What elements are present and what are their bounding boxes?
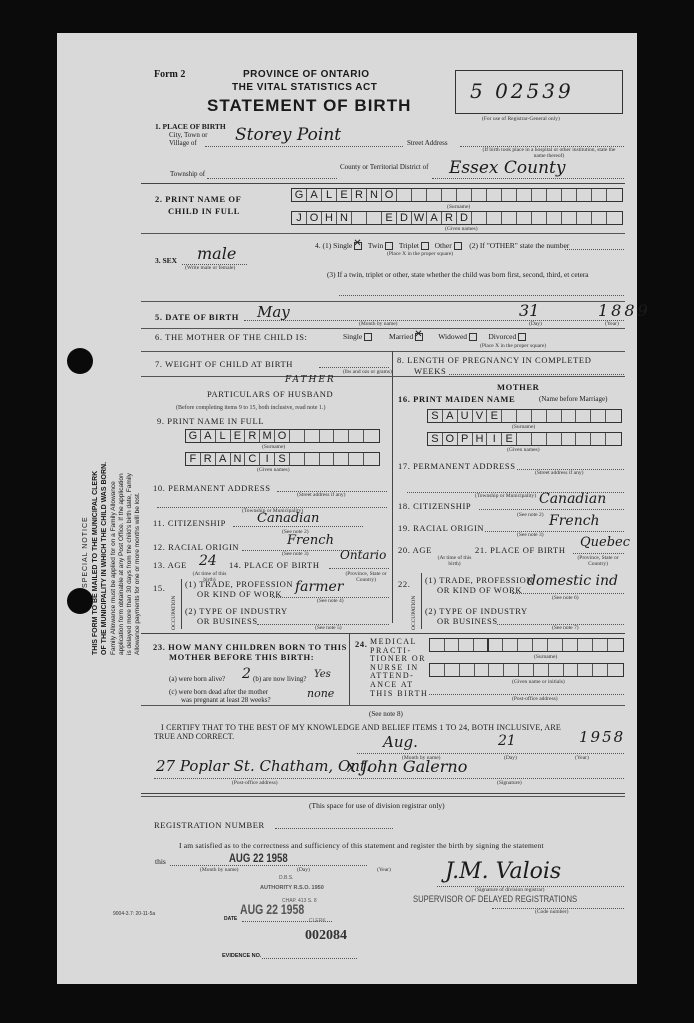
mother-heading: MOTHER <box>497 382 539 392</box>
father-racial-value: French <box>287 533 334 548</box>
mother-pob-hint: (Province, State or Country) <box>573 555 623 567</box>
mother-age-hint: (At time of this birth) <box>432 555 477 567</box>
informant-address-value: 27 Poplar St. Chatham, Ont. <box>156 757 371 775</box>
mother-note3: (See note 3) <box>517 532 544 538</box>
status-single-checkbox[interactable] <box>364 333 372 341</box>
medical-given-grid[interactable] <box>429 663 624 677</box>
mother-status-options: Single Married Widowed Divorced <box>343 332 526 341</box>
medical-label: MEDICALPRACTI-TIONER ORNURSE INATTEND-AN… <box>370 638 428 698</box>
father-occupation-number: 15. <box>153 583 165 593</box>
mother-citizenship-value: Canadian <box>539 491 606 507</box>
status-hint: (Place X in the proper square) <box>480 343 546 349</box>
father-surname-hint: (Surname) <box>262 444 285 450</box>
mother-township-hint: (Township or Municipality) <box>475 493 536 499</box>
father-name-label: 9. PRINT NAME IN FULL <box>157 416 264 426</box>
registrar-note: (For use of Registrar-General only) <box>482 116 560 122</box>
medical-number: 24. <box>355 639 367 649</box>
informant-address-hint: (Post-office address) <box>232 780 278 786</box>
dob-year-value: 1889 <box>598 301 651 320</box>
special-notice-line: Allowance payments for one or more month… <box>134 492 141 655</box>
other-checkbox[interactable] <box>454 242 462 250</box>
status-single-label: Single <box>343 332 362 341</box>
pregnancy-label: 8. LENGTH OF PREGNANCY IN COMPLETED <box>397 355 591 365</box>
mother-trade-value: domestic ind <box>527 573 618 589</box>
mother-occupation-number: 22. <box>398 579 410 589</box>
mother-given-grid[interactable]: SOPHIE <box>427 432 622 446</box>
mother-surname-hint: (Surname) <box>512 424 535 430</box>
father-surname-grid[interactable]: GALERMO <box>185 429 380 443</box>
sex-hint: (Write male or female) <box>185 265 235 271</box>
mother-status-label: 6. THE MOTHER OF THE CHILD IS: <box>155 332 308 342</box>
page-title: STATEMENT OF BIRTH <box>207 96 411 116</box>
certify-day-hint: (Day) <box>504 755 517 761</box>
sex-value: male <box>197 244 236 263</box>
registrar-number-box: 5 02539 <box>455 70 623 114</box>
date-stamp: AUG 22 1958 <box>240 901 304 917</box>
print-code: 9004-3.7: 20-11-5a <box>113 911 155 917</box>
other-number-label: (2) If "OTHER" state the number <box>469 241 569 250</box>
special-notice-line: application form obtainable at any Post … <box>118 473 125 655</box>
mother-name-label: 16. PRINT MAIDEN NAME <box>398 394 515 404</box>
single-label: 4. (1) Single <box>315 241 352 250</box>
mother-industry-label-2: OR BUSINESS <box>437 616 498 626</box>
father-address-hint: (Street address if any) <box>297 492 345 498</box>
plurality-hint: (Place X in the proper square) <box>387 251 453 257</box>
supervisor-title-stamp: SUPERVISOR OF DELAYED REGISTRATIONS <box>413 894 577 904</box>
child-surname-grid[interactable]: GALERNO <box>291 188 623 202</box>
this-label: this <box>155 857 166 866</box>
mother-trade-label-2: OR KIND OF WORK <box>437 585 522 595</box>
father-industry-label: (2) TYPE OF INDUSTRY <box>185 606 288 616</box>
triplet-checkbox[interactable] <box>421 242 429 250</box>
father-citizenship-label: 11. CITIZENSHIP <box>153 518 226 528</box>
mother-name-note: (Name before Marriage) <box>539 395 607 403</box>
medical-surname-hint: (Surname) <box>534 654 557 660</box>
triplet-label: Triplet <box>399 241 419 250</box>
county-label: County or Territorial District of <box>340 163 435 171</box>
twin-label: Twin <box>368 241 383 250</box>
now-living-value: Yes <box>314 669 331 680</box>
single-checkbox[interactable] <box>354 242 362 250</box>
sex-label: 3. SEX <box>155 256 177 265</box>
plurality-row: 4. (1) Single Twin Triplet Other (2) If … <box>315 241 569 250</box>
status-divorced-label: Divorced <box>488 332 516 341</box>
satisfied-text: I am satisfied as to the correctness and… <box>179 841 544 850</box>
given-names-hint: (Given names) <box>445 226 478 232</box>
day-hint: (Day) <box>529 321 542 327</box>
born-dead-label-2: was pregnant at least 28 weeks? <box>181 696 271 704</box>
special-notice-line: THIS FORM TO BE MAILED TO THE MUNICIPAL … <box>92 471 99 655</box>
mother-pob-value: Quebec <box>580 535 630 550</box>
city-value: Storey Point <box>235 125 341 145</box>
date-of-birth-label: 5. DATE OF BIRTH <box>155 312 239 322</box>
dob-day-value: 31 <box>519 301 539 320</box>
certify-month-value: Aug. <box>383 733 418 751</box>
father-given-hint: (Given names) <box>257 467 290 473</box>
reg-month-hint: (Month by name) <box>200 867 239 873</box>
surname-hint: (Surname) <box>447 204 470 210</box>
form-number: Form 2 <box>154 69 185 80</box>
born-dead-value: none <box>307 687 334 700</box>
father-heading: PARTICULARS OF HUSBAND <box>207 389 333 399</box>
authority-stamp: AUTHORITY R.S.O. 1950 <box>260 885 324 891</box>
registrar-signature[interactable]: J.M. Valois <box>445 859 561 884</box>
status-married-label: Married <box>389 332 413 341</box>
father-note3: (See note 3) <box>282 551 309 557</box>
mother-note7: (See note 7) <box>552 625 579 631</box>
mother-note2: (See note 2) <box>517 512 544 518</box>
father-industry-label-2: OR BUSINESS <box>197 616 258 626</box>
certify-text: I CERTIFY THAT TO THE BEST OF MY KNOWLED… <box>161 723 561 732</box>
reg-day-hint: (Day) <box>297 867 310 873</box>
special-notice-line: Family Allowance must be applied for on … <box>110 481 117 655</box>
county-value: Essex County <box>449 158 566 178</box>
twin-checkbox[interactable] <box>385 242 393 250</box>
certify-year-hint: (Year) <box>575 755 589 761</box>
father-age-value: 24 <box>199 553 217 569</box>
dbs-stamp: D.B.S. <box>279 875 293 881</box>
father-racial-label: 12. RACIAL ORIGIN <box>153 542 239 552</box>
mother-racial-value: French <box>549 513 600 529</box>
mother-occupation-side-label: OCCUPATION <box>411 596 417 630</box>
weight-label: 7. WEIGHT OF CHILD AT BIRTH <box>155 359 293 369</box>
status-married-checkbox[interactable] <box>415 333 423 341</box>
serial-number: 002084 <box>305 928 347 944</box>
street-address-label: Street Address <box>407 139 448 147</box>
child-name-label: 2. PRINT NAME OF <box>155 194 241 204</box>
province-heading: PROVINCE OF ONTARIO <box>243 69 370 80</box>
medical-given-hint: (Given name or initials) <box>512 679 565 685</box>
mother-address-label: 17. PERMANENT ADDRESS <box>398 461 516 471</box>
year-hint: (Year) <box>605 321 619 327</box>
father-age-label: 13. AGE <box>153 560 187 570</box>
father-note: (Before completing items 9 to 15, both i… <box>176 405 325 411</box>
father-trade-label-2: OR KIND OF WORK <box>197 589 282 599</box>
mother-given-hint: (Given names) <box>507 447 540 453</box>
other-label: Other <box>435 241 452 250</box>
certify-day-value: 21 <box>498 733 516 749</box>
mother-trade-label: (1) TRADE, PROFESSION <box>425 575 533 585</box>
mother-citizenship-label: 18. CITIZENSHIP <box>398 501 471 511</box>
born-dead-label: (c) were born dead after the mother <box>169 688 268 696</box>
birth-order-label: (3) If a twin, triplet or other, state w… <box>327 270 589 279</box>
pregnancy-weeks-label: WEEKS <box>414 366 446 376</box>
reg-year-hint: (Year) <box>377 867 391 873</box>
mother-age-label: 20. AGE <box>398 545 432 555</box>
father-given-grid[interactable]: FRANCIS <box>185 452 380 466</box>
father-heading-text: PARTICULARS OF HUSBAND <box>207 389 333 399</box>
dob-month-value: May <box>257 303 290 321</box>
mother-address-hint: (Street address if any) <box>535 470 583 476</box>
born-alive-value: 2 <box>242 666 251 682</box>
registrar-space-note: (This space for use of division registra… <box>309 801 445 810</box>
evidence-label: EVIDENCE NO. <box>222 953 261 959</box>
informant-signature[interactable]: x John Galerno <box>347 757 467 776</box>
status-widowed-label: Widowed <box>438 332 467 341</box>
now-living-label: (b) are now living? <box>253 675 306 683</box>
mother-industry-label: (2) TYPE OF INDUSTRY <box>425 606 528 616</box>
code-number-hint: (Code number) <box>535 909 568 915</box>
status-widowed-checkbox[interactable] <box>469 333 477 341</box>
father-pob-hint: (Province, State or Country) <box>341 571 391 583</box>
clerk-label: CLERK <box>309 918 326 924</box>
signature-hint: (Signature) <box>497 780 522 786</box>
medical-surname-grid-left[interactable] <box>429 638 489 652</box>
father-pob-label: 14. PLACE OF BIRTH <box>229 560 320 570</box>
certify-year-value: 1958 <box>579 728 625 746</box>
punch-hole-bottom <box>67 588 93 614</box>
punch-hole-top <box>67 348 93 374</box>
registration-number-label: REGISTRATION NUMBER <box>154 820 265 830</box>
township-label: Township of <box>170 170 205 178</box>
child-name-label: CHILD IN FULL <box>168 206 240 216</box>
date-label: DATE <box>224 916 237 922</box>
mother-surname-grid[interactable]: SAUVE <box>427 409 622 423</box>
special-notice-heading: SPECIAL NOTICE <box>82 516 89 588</box>
registrar-number: 5 02539 <box>470 79 574 103</box>
registrar-signature-hint: (Signature of division registrar) <box>475 887 545 893</box>
father-note4: (See note 4) <box>317 598 344 604</box>
born-alive-label: (a) were born alive? <box>169 675 225 683</box>
mother-racial-label: 19. RACIAL ORIGIN <box>398 523 484 533</box>
children-label: 23. HOW MANY CHILDREN BORN TO THIS <box>153 642 347 652</box>
registration-date-stamp: AUG 22 1958 <box>229 851 288 865</box>
father-trade-value: farmer <box>295 579 343 595</box>
act-heading: THE VITAL STATISTICS ACT <box>232 82 377 93</box>
father-occupation-side-label: OCCUPATION <box>171 596 177 630</box>
medical-surname-grid[interactable] <box>487 638 624 652</box>
father-address-label: 10. PERMANENT ADDRESS <box>153 483 271 493</box>
certify-text-2: TRUE AND CORRECT. <box>154 732 234 741</box>
special-notice-line: OF THE MUNICIPALITY IN WHICH THE CHILD W… <box>101 462 108 655</box>
birth-statement-page: SPECIAL NOTICE THIS FORM TO BE MAILED TO… <box>57 33 637 984</box>
father-citizenship-value: Canadian <box>257 511 319 526</box>
father-note5: (See note 5) <box>315 625 342 631</box>
children-label-2: MOTHER BEFORE THIS BIRTH: <box>169 652 314 662</box>
weight-hint: (lbs and ozs or grams) <box>343 369 392 375</box>
father-correction: FATHER <box>285 375 336 385</box>
special-notice-line: is delayed more than 30 days from the ch… <box>126 473 133 655</box>
place-of-birth-label: 1. PLACE OF BIRTH <box>155 122 226 131</box>
status-divorced-checkbox[interactable] <box>518 333 526 341</box>
note-8: (See note 8) <box>369 710 403 718</box>
father-trade-label: (1) TRADE, PROFESSION <box>185 579 293 589</box>
month-hint: (Month by name) <box>359 321 398 327</box>
father-pob-value: Ontario <box>340 548 386 562</box>
city-label: City, Town or Village of <box>169 131 221 147</box>
medical-address-hint: (Post-office address) <box>512 696 558 702</box>
child-given-names-grid[interactable]: JOHNEDWARD <box>291 211 623 225</box>
mother-pob-label: 21. PLACE OF BIRTH <box>475 545 566 555</box>
mother-note6: (See note 6) <box>552 595 579 601</box>
